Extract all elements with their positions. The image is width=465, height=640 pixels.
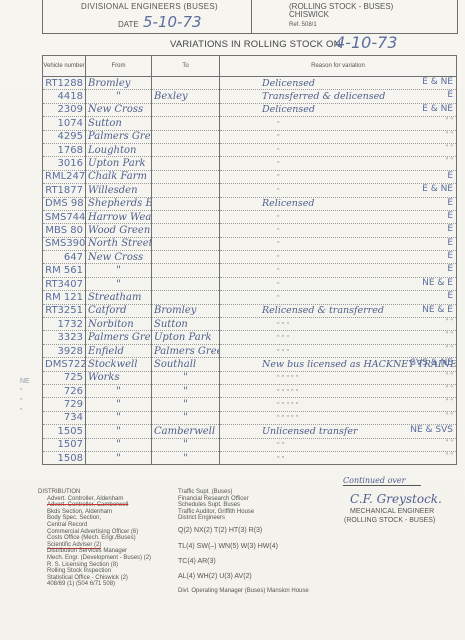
section-code: NE & SVS	[410, 425, 453, 435]
reason-text: " " " " "	[222, 402, 298, 409]
distribution-item: Mech. Engr. (Development - Buses) (2)	[38, 555, 151, 562]
from-cell: "	[86, 264, 152, 277]
document-page: DIVISIONAL ENGINEERS (BUSES) DATE 5-10-7…	[0, 0, 465, 640]
to-cell	[152, 277, 220, 290]
reason-text: Unlicensed transfer	[222, 426, 358, 437]
reason-text: "	[222, 215, 280, 222]
distribution-item: Financial Research Officer	[178, 496, 254, 503]
to-cell: Bexley	[152, 90, 220, 103]
vehicle-number-cell: RT3251	[43, 304, 86, 317]
reason-cell: RelicensedE	[220, 197, 457, 210]
section-code: " "	[446, 144, 453, 151]
table-row: 3016Upton Park"" "	[43, 157, 457, 170]
column-header-to: To	[152, 56, 220, 77]
district-codes-line: TL(4) SW(–) WN(5) W(3) HW(4)	[178, 543, 278, 550]
from-cell: Enfield	[86, 344, 152, 357]
from-cell: Palmers Green	[86, 130, 152, 143]
distribution-item: Distribution Services Manager	[38, 548, 151, 555]
reason-cell: "E & NE	[220, 184, 457, 197]
table-row: DMS 98Shepherds BushRelicensedE	[43, 197, 457, 210]
reason-cell: "NE & E	[220, 277, 457, 290]
to-cell	[152, 103, 220, 116]
from-cell: Shepherds Bush	[86, 197, 152, 210]
reason-text: Transferred & delicensed	[222, 91, 385, 102]
section-code: NE & E	[422, 305, 453, 315]
distribution-item: Bkds Section, Aldenham	[38, 509, 151, 516]
reason-cell: "" "	[220, 143, 457, 156]
to-cell: "	[152, 371, 220, 384]
header-left-cell: DIVISIONAL ENGINEERS (BUSES) DATE 5-10-7…	[43, 0, 252, 33]
section-code: E	[447, 198, 453, 208]
header-box: DIVISIONAL ENGINEERS (BUSES) DATE 5-10-7…	[42, 0, 458, 34]
section-code: E	[447, 251, 453, 261]
table-row: RM 121Streatham"E	[43, 291, 457, 304]
table-row: RT1288BromleyDelicensedE & NE	[43, 77, 457, 90]
margin-note-line: NE	[20, 377, 30, 387]
distribution-item: Traffic Supt. (Buses)	[178, 489, 254, 496]
section-code: E & NE	[422, 77, 453, 87]
distribution-item: R. S. Licensing Section (8)	[38, 562, 151, 569]
reason-cell: "E	[220, 210, 457, 223]
distribution-list: DISTRIBUTION Advert. Controller, Aldenha…	[38, 489, 151, 588]
to-cell	[152, 264, 220, 277]
reason-cell: DelicensedE & NE	[220, 103, 457, 116]
margin-note: NE " " "	[20, 377, 30, 417]
vehicle-number-cell: MBS 80	[43, 224, 86, 237]
reason-text: "	[222, 134, 280, 141]
reason-cell: Transferred & delicensedE	[220, 90, 457, 103]
distribution-item-struck: Advert. Controller, Camberwell	[38, 502, 151, 509]
divisional-operating-manager: Divl. Operating Manager (Buses) Mansion …	[178, 588, 309, 594]
vehicle-number-cell: 3016	[43, 157, 86, 170]
from-cell: Harrow Weald	[86, 210, 152, 223]
table-row: 647New Cross"E	[43, 251, 457, 264]
reason-cell: "E	[220, 224, 457, 237]
reason-text: "	[222, 188, 280, 195]
to-cell	[152, 77, 220, 90]
distribution-item: 408/69 (1) (504 6/71 508)	[38, 581, 151, 588]
to-cell: "	[152, 398, 220, 411]
vehicle-number-cell: DMS 98	[43, 197, 86, 210]
from-cell: New Cross	[86, 251, 152, 264]
to-cell	[152, 237, 220, 250]
section-code: " "	[446, 117, 453, 124]
reason-text: "	[222, 268, 280, 275]
vehicle-number-cell: RM 121	[43, 291, 86, 304]
vehicle-number-cell: 4418	[43, 90, 86, 103]
reason-text: " " "	[222, 322, 289, 329]
vehicle-number-cell: 729	[43, 398, 86, 411]
from-cell: Works	[86, 371, 152, 384]
reason-text: "	[222, 121, 280, 128]
from-cell: Chalk Farm	[86, 170, 152, 183]
reason-text: "	[222, 255, 280, 262]
from-cell: Sutton	[86, 117, 152, 130]
reason-cell: "E	[220, 170, 457, 183]
vehicle-number-cell: 4295	[43, 130, 86, 143]
to-cell	[152, 170, 220, 183]
table-row: 3928EnfieldPalmers Green" " "" "	[43, 344, 457, 357]
to-cell	[152, 210, 220, 223]
column-header-from: From	[86, 56, 152, 77]
from-cell: Streatham	[86, 291, 152, 304]
reason-cell: Relicensed & transferredNE & E	[220, 304, 457, 317]
reason-cell: "E	[220, 237, 457, 250]
reason-cell: " " " " "" "	[220, 398, 457, 411]
vehicle-number-cell: 3323	[43, 331, 86, 344]
from-cell: Bromley	[86, 77, 152, 90]
vehicle-number-cell: RT1877	[43, 184, 86, 197]
margin-note-line: "	[20, 397, 30, 407]
from-cell: Willesden	[86, 184, 152, 197]
reason-text: " " " " "	[222, 389, 298, 396]
signatory-department: (ROLLING STOCK - BUSES)	[344, 517, 435, 524]
reason-text: " " "	[222, 335, 289, 342]
vehicle-number-cell: 1508	[43, 451, 86, 464]
from-cell: "	[86, 438, 152, 451]
vehicle-number-cell: 734	[43, 411, 86, 424]
section-code: SVS & NE	[410, 358, 453, 368]
column-header-reason: Reason for variation	[220, 56, 457, 77]
from-cell: Stockwell	[86, 358, 152, 371]
to-cell: Southall	[152, 358, 220, 371]
table-row: SMS744Harrow Weald"E	[43, 210, 457, 223]
to-cell	[152, 224, 220, 237]
signatory-role: MECHANICAL ENGINEER	[350, 508, 434, 515]
district-codes-line: Q(2) NX(2) T(2) HT(3) R(3)	[178, 527, 262, 534]
reason-text: " " " " "	[222, 375, 298, 382]
table-row: RM 561""E	[43, 264, 457, 277]
reason-cell: "" "	[220, 117, 457, 130]
section-code: " "	[446, 372, 453, 379]
table-row: 1505"CamberwellUnlicensed transferNE & S…	[43, 425, 457, 438]
to-cell: Upton Park	[152, 331, 220, 344]
reason-text: " " "	[222, 349, 289, 356]
vehicle-number-cell: RML2471	[43, 170, 86, 183]
to-cell	[152, 197, 220, 210]
reason-cell: " " " " "" "	[220, 384, 457, 397]
distribution-item: Schedules Supt. Buses	[178, 502, 254, 509]
distribution-item: Rolling Stock Inspection	[38, 568, 151, 575]
table-row: 734""" " " " "" "	[43, 411, 457, 424]
addressee-line2: CHISWICK	[289, 10, 329, 19]
table-row: 4418"BexleyTransferred & delicensedE	[43, 90, 457, 103]
table-row: 725Works"" " " " "" "	[43, 371, 457, 384]
table-row: SMS390North Street"E	[43, 237, 457, 250]
table-row: 4295Palmers Green"" "	[43, 130, 457, 143]
reason-text: "	[222, 228, 280, 235]
distribution-item: Central Record	[38, 522, 151, 529]
section-code: E & NE	[422, 184, 453, 194]
section-code: " "	[446, 318, 453, 325]
district-codes-line: AL(4) WH(2) U(3) AV(2)	[178, 573, 252, 580]
from-cell: New Cross	[86, 103, 152, 116]
distribution-item: Statistical Office - Chiswick (2)	[38, 575, 151, 582]
reason-text: "	[222, 161, 280, 168]
from-cell: "	[86, 425, 152, 438]
reason-text: " "	[222, 456, 284, 463]
reason-text: "	[222, 148, 280, 155]
to-cell: "	[152, 438, 220, 451]
from-cell: "	[86, 384, 152, 397]
reference-number: Ref. 508/1	[289, 22, 317, 28]
date-value: 5-10-73	[143, 13, 202, 31]
to-cell	[152, 184, 220, 197]
table-header-row: Vehicle number From To Reason for variat…	[43, 56, 457, 77]
reason-text: "	[222, 241, 280, 248]
vehicle-number-cell: 1505	[43, 425, 86, 438]
from-cell: North Street	[86, 237, 152, 250]
section-code: E & NE	[422, 104, 453, 114]
section-code: " "	[446, 131, 453, 138]
reason-text: "	[222, 174, 280, 181]
distribution-list-right: Traffic Supt. (Buses) Financial Research…	[178, 489, 254, 522]
table-row: RT1877Willesden"E & NE	[43, 184, 457, 197]
from-cell: "	[86, 451, 152, 464]
section-code: E	[447, 211, 453, 221]
table-row: 2309New CrossDelicensedE & NE	[43, 103, 457, 116]
distribution-heading: DISTRIBUTION	[38, 489, 80, 495]
to-cell: "	[152, 451, 220, 464]
reason-cell: " " "" "	[220, 318, 457, 331]
table-row: 1732NorbitonSutton" " "" "	[43, 318, 457, 331]
reason-cell: "E	[220, 264, 457, 277]
section-code: E	[447, 291, 453, 301]
to-cell: Camberwell	[152, 425, 220, 438]
section-code: E	[447, 238, 453, 248]
vehicle-number-cell: 1507	[43, 438, 86, 451]
distribution-item: Advert. Controller, Aldenham	[38, 496, 151, 503]
vehicle-number-cell: 1732	[43, 318, 86, 331]
from-cell: Palmers Green	[86, 331, 152, 344]
reason-cell: New bus licensed as HACKNEY TRAINERSVS &…	[220, 358, 457, 371]
margin-note-line: "	[20, 407, 30, 417]
vehicle-number-cell: RT3407	[43, 277, 86, 290]
distribution-item: Body Spec. Section,	[38, 515, 151, 522]
section-code: E	[447, 171, 453, 181]
reason-cell: DelicensedE & NE	[220, 77, 457, 90]
from-cell: Loughton	[86, 143, 152, 156]
reason-cell: "" "	[220, 157, 457, 170]
to-cell	[152, 157, 220, 170]
table-row: RML2471Chalk Farm"E	[43, 170, 457, 183]
from-cell: "	[86, 90, 152, 103]
section-code: E	[447, 224, 453, 234]
distribution-item: Commercial Advertising Officer (6)	[38, 529, 151, 536]
section-code: " "	[446, 157, 453, 164]
to-cell: "	[152, 411, 220, 424]
from-cell: Wood Green	[86, 224, 152, 237]
continued-note: Continued over	[343, 476, 421, 486]
to-cell: Sutton	[152, 318, 220, 331]
from-cell: Upton Park	[86, 157, 152, 170]
vehicle-number-cell: RM 561	[43, 264, 86, 277]
table-row: 1507""" "" "	[43, 438, 457, 451]
district-codes-line: TC(4) AR(3)	[178, 558, 216, 565]
reason-cell: " "" "	[220, 451, 457, 464]
reason-text: Relicensed	[222, 198, 315, 209]
section-code: " "	[446, 398, 453, 405]
to-cell: Palmers Green	[152, 344, 220, 357]
vehicle-number-cell: 647	[43, 251, 86, 264]
title-date: 4-10-73	[335, 33, 397, 52]
section-code: " "	[446, 452, 453, 459]
reason-cell: Unlicensed transferNE & SVS	[220, 425, 457, 438]
section-code: E	[447, 90, 453, 100]
section-code: E	[447, 264, 453, 274]
table-row: 1074Sutton"" "	[43, 117, 457, 130]
table-row: DMS722StockwellSouthallNew bus licensed …	[43, 358, 457, 371]
reason-cell: " " "" "	[220, 331, 457, 344]
distribution-item: Traffic Auditor, Griffith House	[178, 509, 254, 516]
to-cell	[152, 251, 220, 264]
reason-text: Delicensed	[222, 78, 315, 89]
vehicle-number-cell: 3928	[43, 344, 86, 357]
vehicle-number-cell: SMS390	[43, 237, 86, 250]
reason-cell: "" "	[220, 130, 457, 143]
from-cell: Catford	[86, 304, 152, 317]
reason-text: Delicensed	[222, 104, 315, 115]
section-code: " "	[446, 412, 453, 419]
table-row: 3323Palmers GreenUpton Park" " "" "	[43, 331, 457, 344]
to-cell	[152, 143, 220, 156]
table-row: 726""" " " " "" "	[43, 384, 457, 397]
reason-cell: " " " " "" "	[220, 371, 457, 384]
vehicle-number-cell: 725	[43, 371, 86, 384]
from-cell: "	[86, 277, 152, 290]
section-code: " "	[446, 331, 453, 338]
from-cell: "	[86, 398, 152, 411]
section-code: NE & E	[422, 278, 453, 288]
reason-text: Relicensed & transferred	[222, 305, 384, 316]
vehicle-number-cell: DMS722	[43, 358, 86, 371]
section-code: " "	[446, 345, 453, 352]
to-cell: Bromley	[152, 304, 220, 317]
column-header-vehicle: Vehicle number	[43, 56, 86, 77]
table-row: MBS 80Wood Green"E	[43, 224, 457, 237]
reason-cell: "E	[220, 291, 457, 304]
table-row: 1508""" "" "	[43, 451, 457, 464]
section-code: " "	[446, 439, 453, 446]
reason-cell: " " " " "" "	[220, 411, 457, 424]
reason-text: " " " " "	[222, 415, 298, 422]
to-cell	[152, 130, 220, 143]
table-row: RT3407""NE & E	[43, 277, 457, 290]
reason-cell: "E	[220, 251, 457, 264]
to-cell	[152, 117, 220, 130]
from-cell: "	[86, 411, 152, 424]
vehicle-number-cell: 726	[43, 384, 86, 397]
signature: C.F. Greystock.	[350, 492, 442, 506]
table-row: 1768Loughton"" "	[43, 143, 457, 156]
from-cell: Norbiton	[86, 318, 152, 331]
table-row: 729""" " " " "" "	[43, 398, 457, 411]
department-label: DIVISIONAL ENGINEERS (BUSES)	[81, 2, 218, 11]
reason-cell: " " "" "	[220, 344, 457, 357]
section-code: " "	[446, 385, 453, 392]
table-row: RT3251CatfordBromleyRelicensed & transfe…	[43, 304, 457, 317]
reason-text: "	[222, 282, 280, 289]
vehicle-number-cell: 1768	[43, 143, 86, 156]
vehicle-number-cell: 2309	[43, 103, 86, 116]
distribution-item: District Engineers	[178, 515, 254, 522]
date-label: DATE	[118, 20, 139, 29]
vehicle-number-cell: SMS744	[43, 210, 86, 223]
margin-note-line: "	[20, 387, 30, 397]
variations-table: Vehicle number From To Reason for variat…	[42, 55, 457, 465]
page-title: VARIATIONS IN ROLLING STOCK ON	[170, 39, 341, 50]
reason-text: "	[222, 295, 280, 302]
reason-text: " "	[222, 442, 284, 449]
vehicle-number-cell: 1074	[43, 117, 86, 130]
to-cell: "	[152, 384, 220, 397]
vehicle-number-cell: RT1288	[43, 77, 86, 90]
to-cell	[152, 291, 220, 304]
reason-cell: " "" "	[220, 438, 457, 451]
distribution-item: Costs Office (Mech. Engr./Buses)	[38, 535, 151, 542]
